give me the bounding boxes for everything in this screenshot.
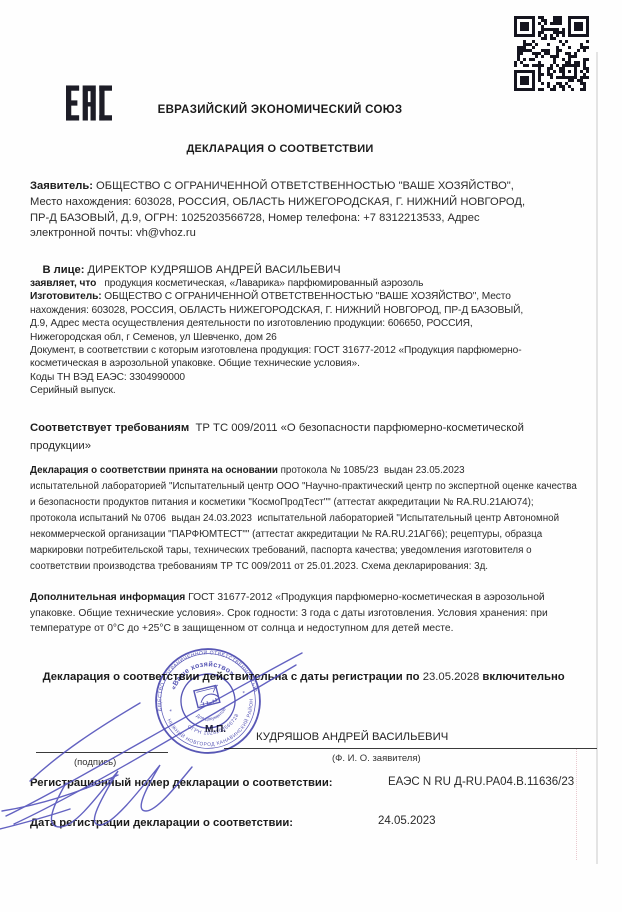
in-person-label: В лице: xyxy=(42,264,84,276)
stamp-caption-text: Для документов xyxy=(195,706,229,725)
compliance-block: Соответствует требованиям ТР ТС 009/2011… xyxy=(30,420,524,455)
registration-number-label: Регистрационный номер декларации о соотв… xyxy=(30,777,333,789)
validity-date: 23.05.2028 xyxy=(423,671,480,683)
additional-info-label: Дополнительная информация xyxy=(30,592,185,603)
applicant-label: Заявитель: xyxy=(30,180,93,192)
stamp-star-left: * xyxy=(169,708,174,716)
name-caption: (Ф. И. О. заявителя) xyxy=(332,753,421,764)
scan-edge-line xyxy=(596,52,598,864)
signature-underline xyxy=(36,752,168,753)
document-title: ДЕКЛАРАЦИЯ О СООТВЕТСТВИИ xyxy=(0,143,560,155)
compliance-label: Соответствует требованиям xyxy=(30,422,189,434)
stamp-star-right: * xyxy=(242,690,247,698)
additional-info-block: Дополнительная информация ГОСТ 31677-201… xyxy=(30,590,548,637)
declares-label: заявляет, что xyxy=(30,278,96,289)
manufacturer-label: Изготовитель: xyxy=(30,291,102,302)
qr-code-icon xyxy=(514,16,589,91)
registration-date-label: Дата регистрации декларации о соответств… xyxy=(30,817,293,829)
scan-artifact-dots xyxy=(576,748,578,860)
basis-label: Декларация о соответствии принята на осн… xyxy=(30,465,278,476)
applicant-full-name: КУДРЯШОВ АНДРЕЙ ВАСИЛЬЕВИЧ xyxy=(256,731,448,743)
name-underline xyxy=(224,748,597,749)
product-block: заявляет, что продукция косметическая, «… xyxy=(30,277,523,398)
svg-text:ОБЩЕСТВО С ОГРАНИЧЕННОЙ ОТВЕТС: ОБЩЕСТВО С ОГРАНИЧЕННОЙ ОТВЕТСТВЕННОСТЬЮ xyxy=(152,645,258,718)
applicant-block: Заявитель: ОБЩЕСТВО С ОГРАНИЧЕННОЙ ОТВЕТ… xyxy=(30,179,525,242)
stamp-deer-emblem-icon xyxy=(194,685,222,708)
signature-caption: (подпись) xyxy=(74,757,116,768)
basis-block: Декларация о соответствии принята на осн… xyxy=(30,463,577,575)
registration-number-value: ЕАЭС N RU Д-RU.РА04.В.11636/23 xyxy=(388,776,574,788)
declaration-document-page: ЕВРАЗИЙСКИЙ ЭКОНОМИЧЕСКИЙ СОЮЗ ДЕКЛАРАЦИ… xyxy=(0,0,622,912)
validity-line: Декларация о соответствии действительна … xyxy=(30,659,565,695)
union-title: ЕВРАЗИЙСКИЙ ЭКОНОМИЧЕСКИЙ СОЮЗ xyxy=(0,104,560,116)
eac-conformity-mark-icon xyxy=(66,84,112,122)
svg-text:Для документов: Для документов xyxy=(195,706,229,725)
serial-release: Серийный выпуск. xyxy=(30,384,523,397)
tnved-codes: Коды ТН ВЭД ЕАЭС: 3304990000 xyxy=(30,371,523,384)
stamp-outer-top-text: ОБЩЕСТВО С ОГРАНИЧЕННОЙ ОТВЕТСТВЕННОСТЬЮ xyxy=(152,645,258,718)
company-round-stamp: ОБЩЕСТВО С ОГРАНИЧЕННОЙ ОТВЕТСТВЕННОСТЬЮ… xyxy=(152,645,264,757)
registration-date-value: 24.05.2023 xyxy=(378,815,436,827)
